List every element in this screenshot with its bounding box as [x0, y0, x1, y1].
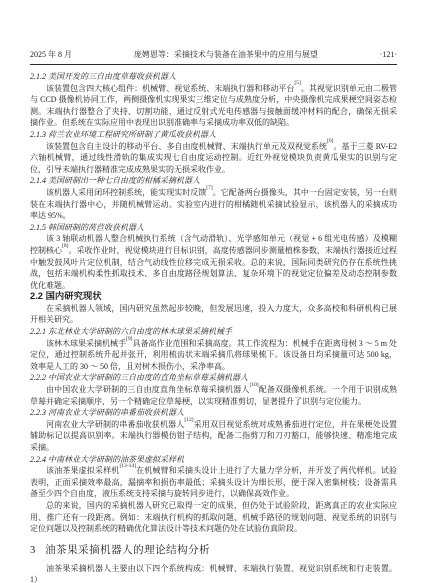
reference-superscript: [8]	[62, 243, 68, 249]
reference-superscript: [6]	[327, 138, 333, 144]
paragraph: 该 3 轴联动机器人整合机械执行系统（含气动滑轨）、光学感知单元（视觉 + 6 …	[30, 233, 397, 291]
paragraph: 河南农业大学研制的串番茄收获机器人[12]采用双目视觉系统对成熟番茄进行定位，并…	[30, 419, 397, 454]
paragraph: 该机器人采用闭环控制系统，能实现实时反馈[7]。它配备两台摄像头，其中一台固定安…	[30, 187, 397, 222]
header-article-title: 庞娉恩等：采摘技术与装备在油茶果中的应用与展望	[72, 50, 380, 60]
header-date: 2025 年 8 月	[30, 50, 72, 60]
reference-superscript: [9]	[126, 336, 132, 342]
subsection-heading: 2.1.2 美国开发的三自由度草莓收获机器人	[30, 71, 397, 83]
reference-superscript: [13-14]	[119, 463, 136, 469]
chapter-number: 3	[30, 545, 36, 556]
reference-superscript: [7]	[206, 185, 212, 191]
subsection-heading: 2.2.2 中国农业大学研制的三自由度的直角坐标草莓采摘机器人	[30, 372, 397, 384]
reference-superscript: [5]	[294, 80, 300, 86]
chapter-title: 油茶果采摘机器人的理论结构分析	[45, 545, 210, 556]
subsection-heading: 2.2.3 河南农业大学研制的串番茄收获机器人	[30, 407, 397, 419]
paragraph: 该装置包含四大核心组件：机械臂、视觉系统、末端执行器和移动平台[5]。其视觉识别…	[30, 83, 397, 129]
paragraph: 该林木球果采摘机械手[9]具备高作业范围和采摘高度。其工作流程为：机械手在距离母…	[30, 338, 397, 373]
header-page-number: ·121·	[380, 50, 397, 60]
subsection-heading: 2.1.3 荷兰农业环境工程研究所研制了黄瓜收获机器人	[30, 129, 397, 141]
reference-superscript: [10]	[249, 382, 258, 388]
article-body: 2.1.2 美国开发的三自由度草莓收获机器人该装置包含四大核心组件：机械臂、视觉…	[30, 65, 397, 583]
paragraph: 由中国农业大学研制的三自由度直角坐标草莓采摘机器人[10]配备双摄像机系统。一个…	[30, 384, 397, 407]
paragraph: 该装置包含自主设计的移动平台、多自由度机械臂、末端执行单元及双视觉系统[6]。基…	[30, 141, 397, 176]
paragraph: 该油茶果虚拟采样机[13-14]在机械臂和采摘头设计上进行了大量力学分析，并开发…	[30, 465, 397, 500]
subsection-heading: 2.1.5 韩国研制的莴苣收获机器人	[30, 222, 397, 234]
chapter-heading: 3油茶果采摘机器人的理论结构分析	[30, 544, 397, 558]
paragraph: 总的来说，国内的采摘机器人研究已取得一定的成果，但仍处于试验阶段，距离真正的农业…	[30, 500, 397, 535]
paper-page: 2025 年 8 月 庞娉恩等：采摘技术与装备在油茶果中的应用与展望 ·121·…	[0, 0, 427, 583]
running-header: 2025 年 8 月 庞娉恩等：采摘技术与装备在油茶果中的应用与展望 ·121·	[30, 50, 397, 60]
reference-superscript: [12]	[184, 417, 193, 423]
paragraph: 在采摘机器人领域，国内研究虽然起步较晚，但发展迅速，投入力度大，众多高校和科研机…	[30, 303, 397, 326]
section-heading: 2.2 国内研究现状	[30, 291, 397, 303]
paragraph: 油茶果采摘机器人主要由以下四个系统构成：机械臂、末端执行装置、视觉识别系统和行走…	[30, 563, 397, 583]
subsection-heading: 2.1.4 美国研制出一种七自由度的柑橘采摘机器人	[30, 175, 397, 187]
subsection-heading: 2.2.4 中南林业大学研制的油茶果虚拟采样机	[30, 454, 397, 466]
subsection-heading: 2.2.1 东北林业大学研制的六自由度的林木球果采摘机械手	[30, 326, 397, 338]
